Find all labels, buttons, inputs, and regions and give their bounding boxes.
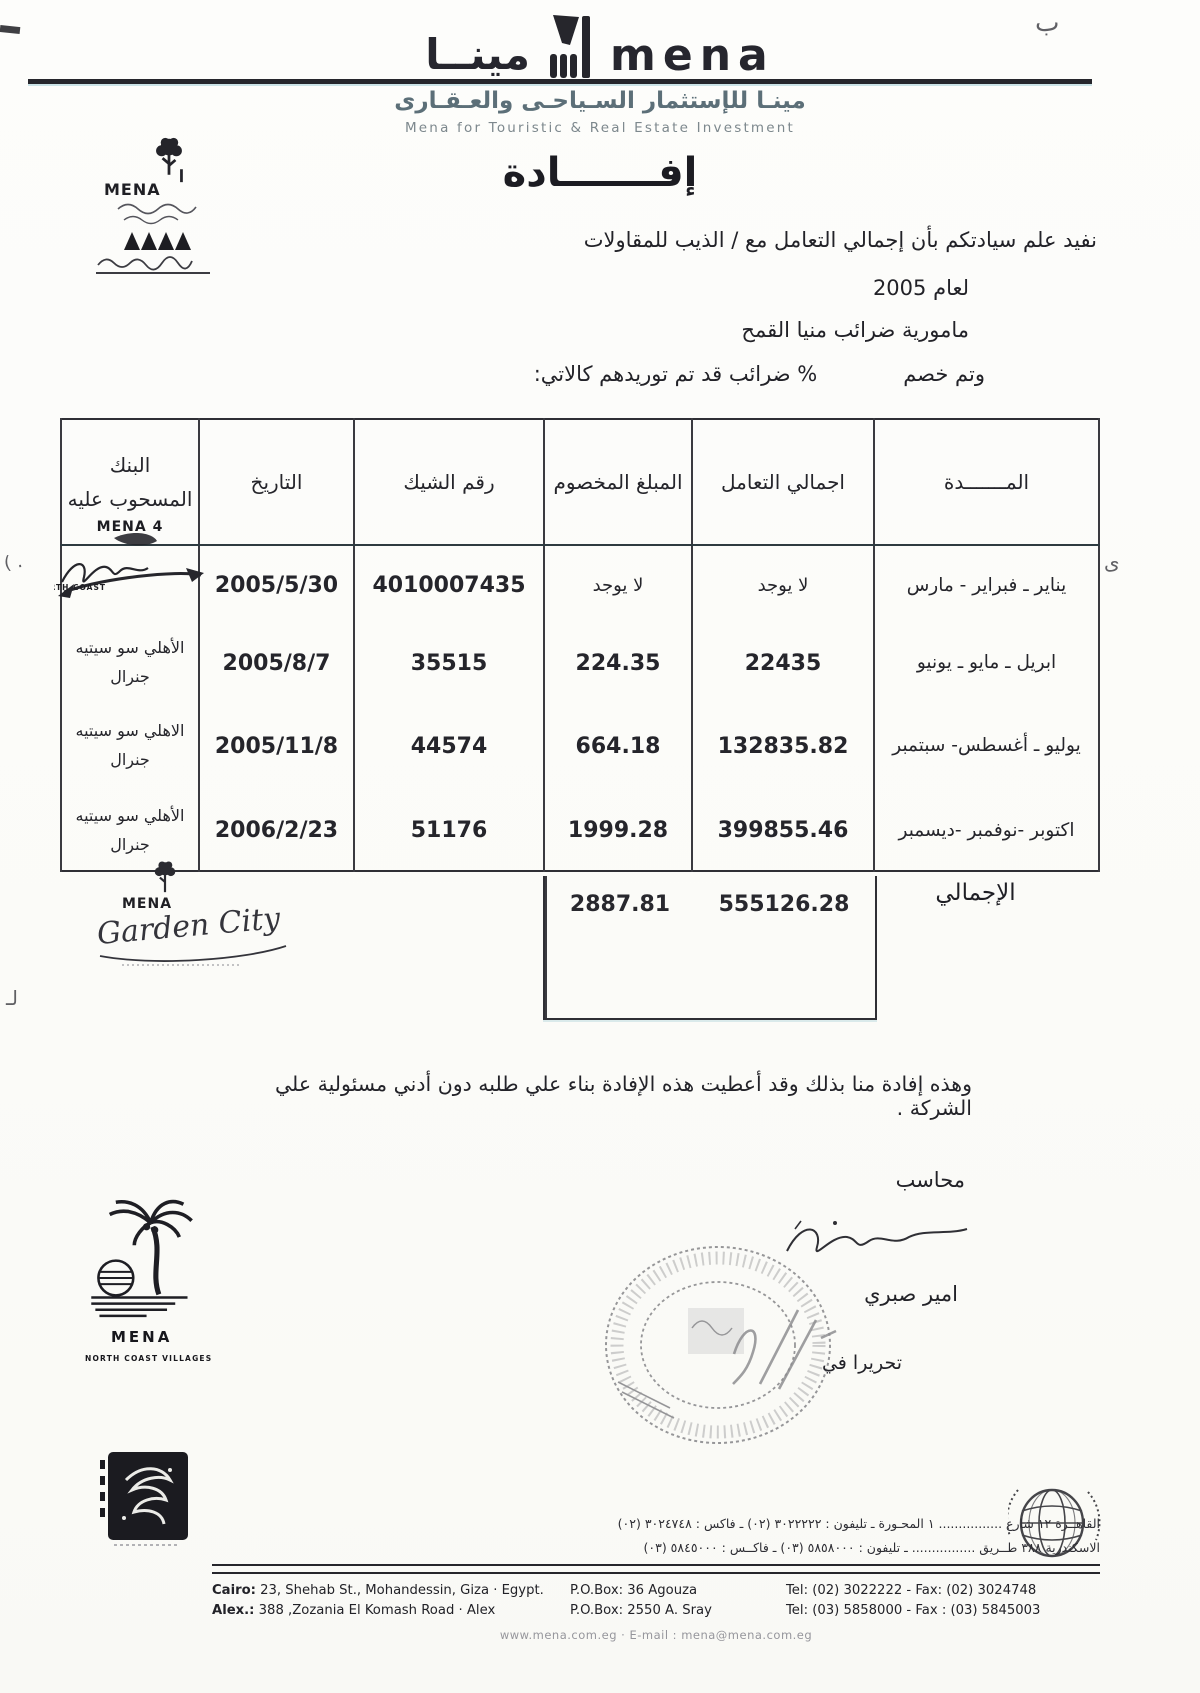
- accountant-name: امير صبري: [864, 1282, 958, 1306]
- cell-bank-q3: الاهلي سو سيتيه جنرال: [61, 701, 199, 791]
- cell-deducted-q1: لا يوجد: [544, 545, 692, 625]
- footer-alex-tel: Tel: (03) 5858000 - Fax : (03) 5845003: [786, 1603, 1100, 1618]
- footer-block: القاهــرة ١٢ شارع ................ ١ الم…: [212, 1512, 1100, 1642]
- intro-line-4: وتم خصم% ضرائب قد تم توريدهم كالاتي:: [357, 362, 985, 386]
- cell-deducted-q4: 1999.28: [544, 791, 692, 871]
- header-date: التاريخ: [199, 419, 354, 545]
- deductions-table: المـــــــدة اجمالي التعامل المبلغ المخص…: [60, 418, 1100, 872]
- footer-arabic-line-1: القاهــرة ١٢ شارع ................ ١ الم…: [212, 1512, 1100, 1536]
- brand-logo-latin: mena: [610, 34, 775, 80]
- mark-top-right: ب: [1035, 8, 1059, 38]
- intro-line-2: لعام 2005: [357, 276, 969, 300]
- header-bank-label: البنك المسحوب عليه: [68, 453, 193, 511]
- mark-row1-left: ( .: [3, 551, 24, 574]
- intro-line-1: نفيد علم سيادتكم بأن إجمالي التعامل مع /…: [357, 228, 1097, 252]
- statement-line: وهذه إفادة منا بذلك وقد أعطيت هذه الإفاد…: [227, 1072, 972, 1120]
- header-cheque: رقم الشيك: [354, 419, 544, 545]
- footer-alex-label: Alex.:: [212, 1603, 254, 1618]
- cell-bank-q1: NORTH COAST: [61, 545, 199, 625]
- cell-cheque-q2: 35515: [354, 625, 544, 701]
- handwritten-signature-stamp: NORTH COAST: [54, 530, 206, 624]
- doc-title: إفـــــــادة: [0, 150, 1200, 196]
- brand-subtitle-english: Mena for Touristic & Real Estate Investm…: [0, 120, 1200, 136]
- cell-cheque-q1: 4010007435: [354, 545, 544, 625]
- cell-cheque-q4: 51176: [354, 791, 544, 871]
- cell-total-q3: 132835.82: [692, 701, 874, 791]
- header-period: المـــــــدة: [874, 419, 1099, 545]
- footer-cairo-tel: Tel: (02) 3022222 - Fax: (02) 3024748: [786, 1583, 1100, 1598]
- footer-alex-pobox: P.O.Box: 2550 A. Sray: [570, 1603, 778, 1618]
- totals-box: 2887.81 555126.28: [543, 876, 877, 1020]
- brand-logo-arabic: مينــا: [425, 34, 530, 80]
- header-total: اجمالي التعامل: [692, 419, 874, 545]
- mark-row1-right: ى: [1104, 550, 1120, 574]
- footer-cairo-label: Cairo:: [212, 1583, 256, 1598]
- intro-line-4-end: % ضرائب قد تم توريدهم كالاتي:: [534, 362, 817, 386]
- scanned-document-page: مينــا mena مينـا للإستثمار السـياحـى وا…: [0, 0, 1200, 1693]
- footer-cairo-pobox: P.O.Box: 36 Agouza: [570, 1583, 778, 1598]
- intro-line-4-start: وتم خصم: [903, 362, 985, 386]
- palm-tree-icon: [85, 1192, 212, 1324]
- cell-period-q4: اكتوبر -نوفمبر -ديسمبر: [874, 791, 1099, 871]
- garden-city-script: Garden City: [92, 908, 292, 974]
- cell-date-q3: 2005/11/8: [199, 701, 354, 791]
- footer-alex-address: Alex.: 388 ,Zozania El Komash Road · Ale…: [212, 1603, 562, 1618]
- header-bank: البنك المسحوب عليه MENA 4: [61, 419, 199, 545]
- totals-total: 555126.28: [693, 876, 875, 1018]
- cell-period-q2: ابريل ـ مايو ـ يونيو: [874, 625, 1099, 701]
- footer-web-line: www.mena.com.eg · E-mail : mena@mena.com…: [212, 1628, 1100, 1642]
- north-coast-villages-logo: MENA NORTH COAST VILLAGES: [85, 1192, 212, 1363]
- cell-deducted-q3: 664.18: [544, 701, 692, 791]
- cell-date-q1: 2005/5/30: [199, 545, 354, 625]
- signature-scribble-icon: [116, 200, 202, 230]
- script-line-icon: [96, 255, 212, 281]
- cell-total-q2: 22435: [692, 625, 874, 701]
- cell-bank-q2: الأهلي سو سيتيه جنرال: [61, 625, 199, 701]
- cell-bank-q4: الأهلي سو سيتيه جنرال: [61, 791, 199, 871]
- cell-period-q1: يناير ـ فبراير - مارس: [874, 545, 1099, 625]
- footer-rule: [212, 1564, 1100, 1574]
- mena-monogram-icon: [544, 14, 596, 80]
- brand-subtitle-arabic: مينـا للإستثمار السـياحـى والعـقـارى: [0, 88, 1200, 114]
- cell-date-q4: 2006/2/23: [199, 791, 354, 871]
- ncv-caption-text: NORTH COAST VILLAGES: [85, 1354, 212, 1363]
- mark-mid-left: لـ: [6, 986, 18, 1010]
- company-seal-icon: [592, 1232, 844, 1468]
- cell-total-q1: لا يوجد: [692, 545, 874, 625]
- brand-header: مينــا mena: [0, 6, 1200, 80]
- accountant-title: محاسب: [896, 1168, 965, 1192]
- totals-deducted: 2887.81: [545, 876, 693, 1018]
- totals-label: الإجمالي: [873, 880, 1078, 906]
- ncv-brand-text: MENA: [111, 1328, 212, 1346]
- footer-arabic-line-2: الاسكندرية ٣٨٨ طــريق ................ ـ…: [212, 1536, 1100, 1560]
- intro-line-3: مامورية ضرائب منيا القمح: [357, 318, 969, 342]
- intro-block: نفيد علم سيادتكم بأن إجمالي التعامل مع /…: [357, 228, 1097, 386]
- buildings-icon: [122, 228, 192, 256]
- cell-date-q2: 2005/8/7: [199, 625, 354, 701]
- registry-emblem-icon: [100, 1448, 194, 1552]
- cell-cheque-q3: 44574: [354, 701, 544, 791]
- header-rule: [28, 79, 1092, 84]
- footer-cairo-address: Cairo: 23, Shehab St., Mohandessin, Giza…: [212, 1583, 562, 1598]
- garden-city-script-text: Garden City: [96, 908, 283, 952]
- north-coast-stamp-text: NORTH COAST: [54, 583, 106, 592]
- cell-total-q4: 399855.46: [692, 791, 874, 871]
- footer-contacts: Cairo: 23, Shehab St., Mohandessin, Giza…: [212, 1583, 1100, 1618]
- cell-period-q3: يوليو ـ أغسطس- سبتمبر: [874, 701, 1099, 791]
- header-deducted: المبلغ المخصوم: [544, 419, 692, 545]
- cell-deducted-q2: 224.35: [544, 625, 692, 701]
